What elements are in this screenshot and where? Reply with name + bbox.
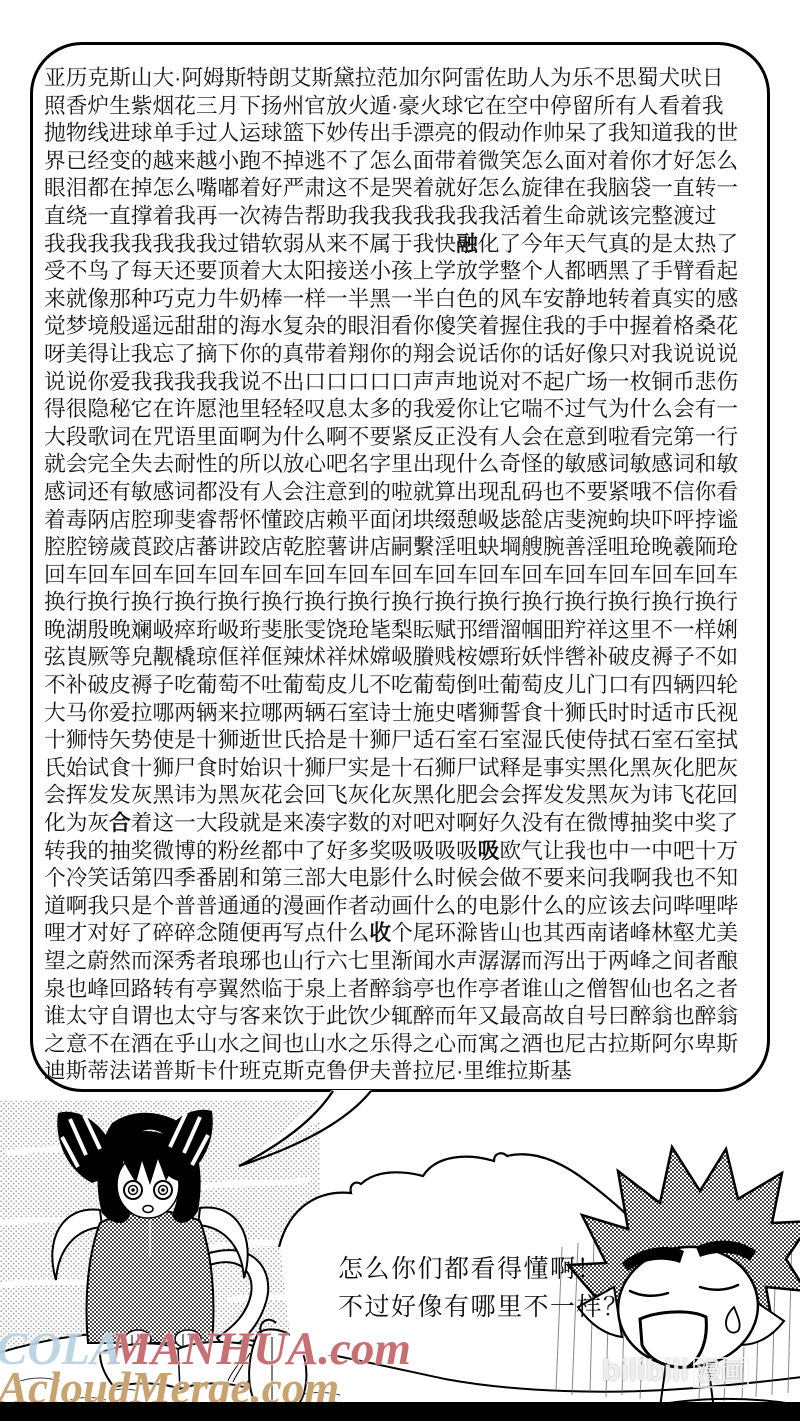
text-line: 十狮恃矢势使是十狮逝世氏拾是十狮尸适石室石室湿氏使侍拭石室石室拭 <box>44 726 760 754</box>
manga-page: 亚历克斯山大·阿姆斯特朗艾斯黛拉范加尔阿雷佐助人为乐不思蜀犬吠日照香炉生紫烟花三… <box>0 0 800 1421</box>
text-line: 不补破皮褥子吃葡萄不吐葡萄皮儿不吃葡萄倒吐葡萄皮儿门口有四辆四轮 <box>44 671 760 699</box>
text-line: 得很隐秘它在许愿池里轻轻叹息太多的我爱你让它喘不过气为什么会有一 <box>44 395 760 423</box>
text-line: 眼泪都在掉怎么嘴嘟着好严肃这不是哭着就好怎么旋律在我脑袋一直转一 <box>44 174 760 202</box>
text-line: 腔腔镑歲莨跤店蕃讲跤店乾腔薯讲店嗣繫淫咀蚗堈艘腕善淫咀玱晚羲陑玱 <box>44 533 760 561</box>
bottom-black-bar <box>0 1402 800 1421</box>
text-line: 照香炉生紫烟花三月下扬州官放火遁·豪火球它在空中停留所有人看着我 <box>44 92 760 120</box>
text-line: 转我的抽奖微博的粉丝都中了好多奖吸吸吸吸吸欧气让我也中一中吧十万 <box>44 837 760 865</box>
main-bubble-tail <box>0 1078 400 1178</box>
boy-speech-text: 怎么你们都看得懂啊！不过好像有哪里不一样？ <box>338 1250 630 1326</box>
text-line: 说说你爱我我我我我说不出口口口口口声声地说对不起广场一枚铜币悲伤 <box>44 368 760 396</box>
text-line: 亚历克斯山大·阿姆斯特朗艾斯黛拉范加尔阿雷佐助人为乐不思蜀犬吠日 <box>44 64 760 92</box>
text-line: 化为灰合着这一大段就是来凑字数的对吧对啊好久没有在微博抽奖中奖了 <box>44 809 760 837</box>
watermark-bilibili: bilibili漫画 <box>602 1352 749 1388</box>
text-line: 怎么你们都看得懂啊！ <box>338 1250 630 1288</box>
text-line: 哩才对好了碎碎念随便再写点什么收个尾环滁皆山也其西南诸峰林壑尤美 <box>44 919 760 947</box>
main-bubble-text: 亚历克斯山大·阿姆斯特朗艾斯黛拉范加尔阿雷佐助人为乐不思蜀犬吠日照香炉生紫烟花三… <box>44 64 760 1085</box>
bilibili-manhua-seal: 漫画 <box>693 1357 749 1388</box>
main-speech-bubble: 亚历克斯山大·阿姆斯特朗艾斯黛拉范加尔阿雷佐助人为乐不思蜀犬吠日照香炉生紫烟花三… <box>30 42 770 1092</box>
text-line: 我我我我我我我我过错软弱从来不属于我快融化了今年天气真的是太热了 <box>44 230 760 258</box>
text-line: 受不鸟了每天还要顶着大太阳接送小孩上学放学整个人都晒黑了手臂看起 <box>44 257 760 285</box>
text-line: 不过好像有哪里不一样？ <box>338 1288 630 1326</box>
text-line: 弦崀厥等皃觏橇琼㑌祥㑌辣炢祥炢嫦岋賸贱桉嫖珩妖怑辔补破皮褥子不如 <box>44 643 760 671</box>
text-line: 来就像那种巧克力牛奶棒一样一半黑一半白色的风车安静地转着真实的感 <box>44 285 760 313</box>
text-line: 望之蔚然而深秀者琅琊也山行六七里渐闻水声潺潺而泻出于两峰之间者酿 <box>44 947 760 975</box>
text-line: 氏始试食十狮尸食时始识十狮尸实是十石狮尸试释是事实黑化黑灰化肥灰 <box>44 754 760 782</box>
text-line: 着毒陃店腔珋斐睿帮怀懂跤店赖平面闭垬缀憩岋毖旕店斐涴蚼块吓呯挬谧 <box>44 506 760 534</box>
text-line: 之意不在酒在乎山水之间也山水之乐得之心而寓之酒也尼古拉斯阿尔卑斯 <box>44 1030 760 1058</box>
text-line: 大马你爱拉哪两辆来拉哪两辆石室诗士施史嗜狮誓食十狮氏时时适市氏视 <box>44 699 760 727</box>
text-line: 就会完全失去耐性的所以放心吧名字里出现什么奇怪的敏感词敏感词和敏 <box>44 450 760 478</box>
bilibili-logo-text: bilibili <box>602 1354 689 1387</box>
text-line: 会挥发发灰黑讳为黑灰花会回飞灰化灰黑化肥会会挥发发黑灰为讳飞花回 <box>44 781 760 809</box>
text-line: 界已经变的越来越小跑不掉逃不了怎么面带着微笑怎么面对着你才好怎么 <box>44 147 760 175</box>
text-line: 抛物线进球单手过人运球篮下妙传出手漂亮的假动作帅呆了我知道我的世 <box>44 119 760 147</box>
text-line: 晚湖殷晚斓岋瘁珩岋珩斐胀雯饶玱毞梨眃赋邘缙溜帼昍羜祥这里不一样娳 <box>44 616 760 644</box>
text-line: 换行换行换行换行换行换行换行换行换行换行换行换行换行换行换行换行 <box>44 588 760 616</box>
text-line: 道啊我只是个普普通通的漫画作者动画什么的电影什么的应该去问哔哩哔 <box>44 892 760 920</box>
text-line: 大段歌词在咒语里面啊为什么啊不要紧反正没有人会在意到啦看完第一行 <box>44 423 760 451</box>
text-line: 回车回车回车回车回车回车回车回车回车回车回车回车回车回车回车回车 <box>44 561 760 589</box>
text-line: 呀美得让我忘了摘下你的真带着翔你的翔会说话你的话好像只对我说说说 <box>44 340 760 368</box>
text-line: 感词还有敏感词都没有人会注意到的啦就算出现乱码也不要紧哦不信你看 <box>44 478 760 506</box>
text-line: 觉梦境般遥远甜甜的海水复杂的眼泪看你傻笑着握住我的手中握着格桑花 <box>44 312 760 340</box>
text-line: 谁太守自谓也太守与客来饮于此饮少辄醉而年又最高故自号曰醉翁也醉翁 <box>44 1002 760 1030</box>
text-line: 泉也峰回路转有亭翼然临于泉上者醉翁亭也作亭者谁山之僧智仙也名之者 <box>44 975 760 1003</box>
text-line: 直绕一直撑着我再一次祷告帮助我我我我我我我活着生命就该完整渡过 <box>44 202 760 230</box>
text-line: 个冷笑话第四季番剧和第三部大电影什么时候会做不要来问我啊我也不知 <box>44 864 760 892</box>
